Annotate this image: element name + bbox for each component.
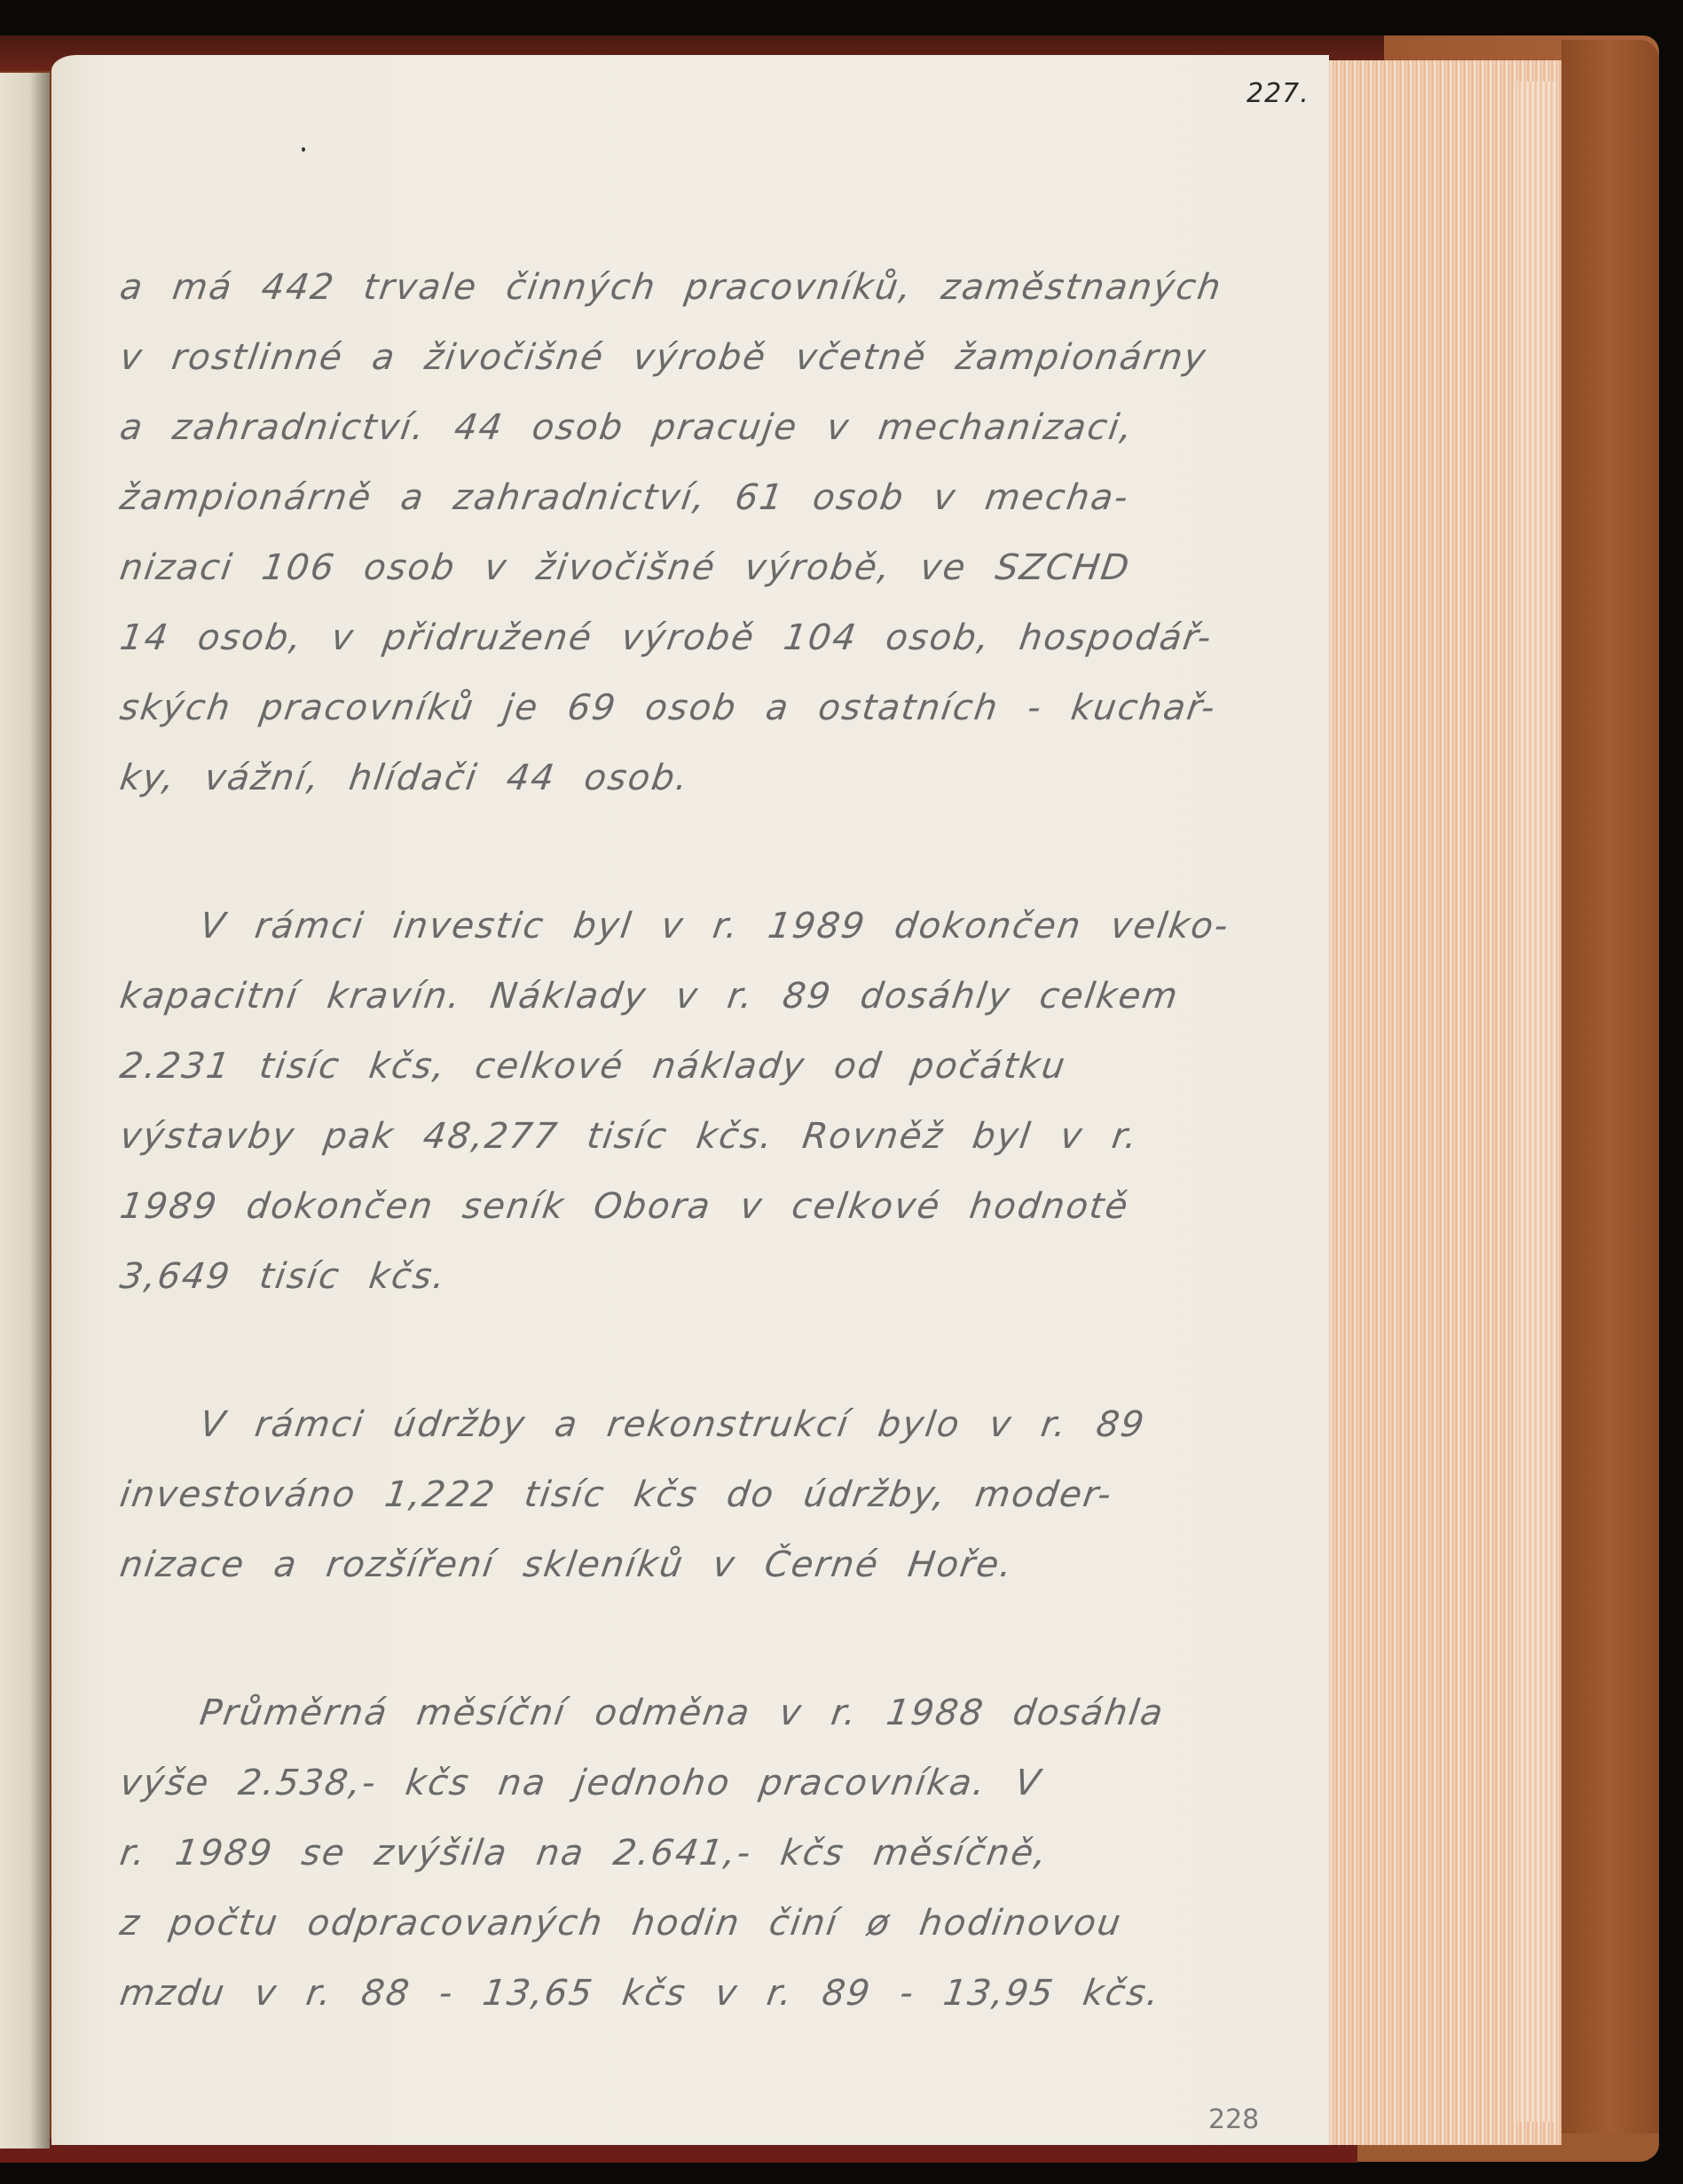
text-line: r. 1989 se zvýšila na 2.641,- kčs měsíčn… [115,1819,1252,1889]
text-line: žampionárně a zahradnictví, 61 osob v me… [115,463,1252,533]
text-line: V rámci údržby a rekonstrukcí bylo v r. … [115,1390,1252,1460]
paragraph-workers: a má 442 trvale činných pracovníků, zamě… [115,253,1242,813]
text-line: mzdu v r. 88 - 13,65 kčs v r. 89 - 13,95… [115,1959,1252,2029]
text-line: a má 442 trvale činných pracovníků, zamě… [115,253,1252,323]
paragraph-maintenance: V rámci údržby a rekonstrukcí bylo v r. … [115,1390,1242,1600]
text-line: nizace a rozšíření skleníků v Černé Hoře… [115,1530,1252,1600]
paragraph-investments: V rámci investic byl v r. 1989 dokončen … [115,892,1242,1312]
page-block-inner-edge [1517,82,1557,2122]
text-line: výše 2.538,- kčs na jednoho pracovníka. … [115,1748,1252,1819]
text-line: 1989 dokončen seník Obora v celkové hodn… [115,1172,1252,1242]
paragraph-wages: Průměrná měsíční odměna v r. 1988 dosáhl… [115,1678,1242,2029]
text-line: Průměrná měsíční odměna v r. 1988 dosáhl… [115,1678,1252,1748]
text-line: z počtu odpracovaných hodin činí ø hodin… [115,1889,1252,1959]
text-line: 14 osob, v přidružené výrobě 104 osob, h… [115,603,1252,673]
text-line: a zahradnictví. 44 osob pracuje v mechan… [115,393,1252,463]
text-line: V rámci investic byl v r. 1989 dokončen … [115,892,1252,962]
binding-leather-right [1561,40,1659,2160]
left-page-edge [0,73,50,2149]
text-line: ky, vážní, hlídači 44 osob. [115,743,1252,813]
text-line: výstavby pak 48,277 tisíc kčs. Rovněž by… [115,1102,1252,1172]
page-number-top: 227. [1247,78,1309,109]
text-line: v rostlinné a živočišné výrobě včetně ža… [115,323,1252,393]
page-number-bottom-pencil: 228 [1208,2104,1259,2135]
handwritten-text: a má 442 trvale činných pracovníků, zamě… [115,253,1242,2107]
text-line: ských pracovníků je 69 osob a ostatních … [115,673,1252,743]
text-line: 2.231 tisíc kčs, celkové náklady od počá… [115,1032,1252,1102]
text-line: kapacitní kravín. Náklady v r. 89 dosáhl… [115,962,1252,1032]
text-line: nizaci 106 osob v živočišné výrobě, ve S… [115,533,1252,603]
paper-speck [302,147,305,152]
text-line: investováno 1,222 tisíc kčs do údržby, m… [115,1460,1252,1530]
text-line: 3,649 tisíc kčs. [115,1242,1252,1312]
